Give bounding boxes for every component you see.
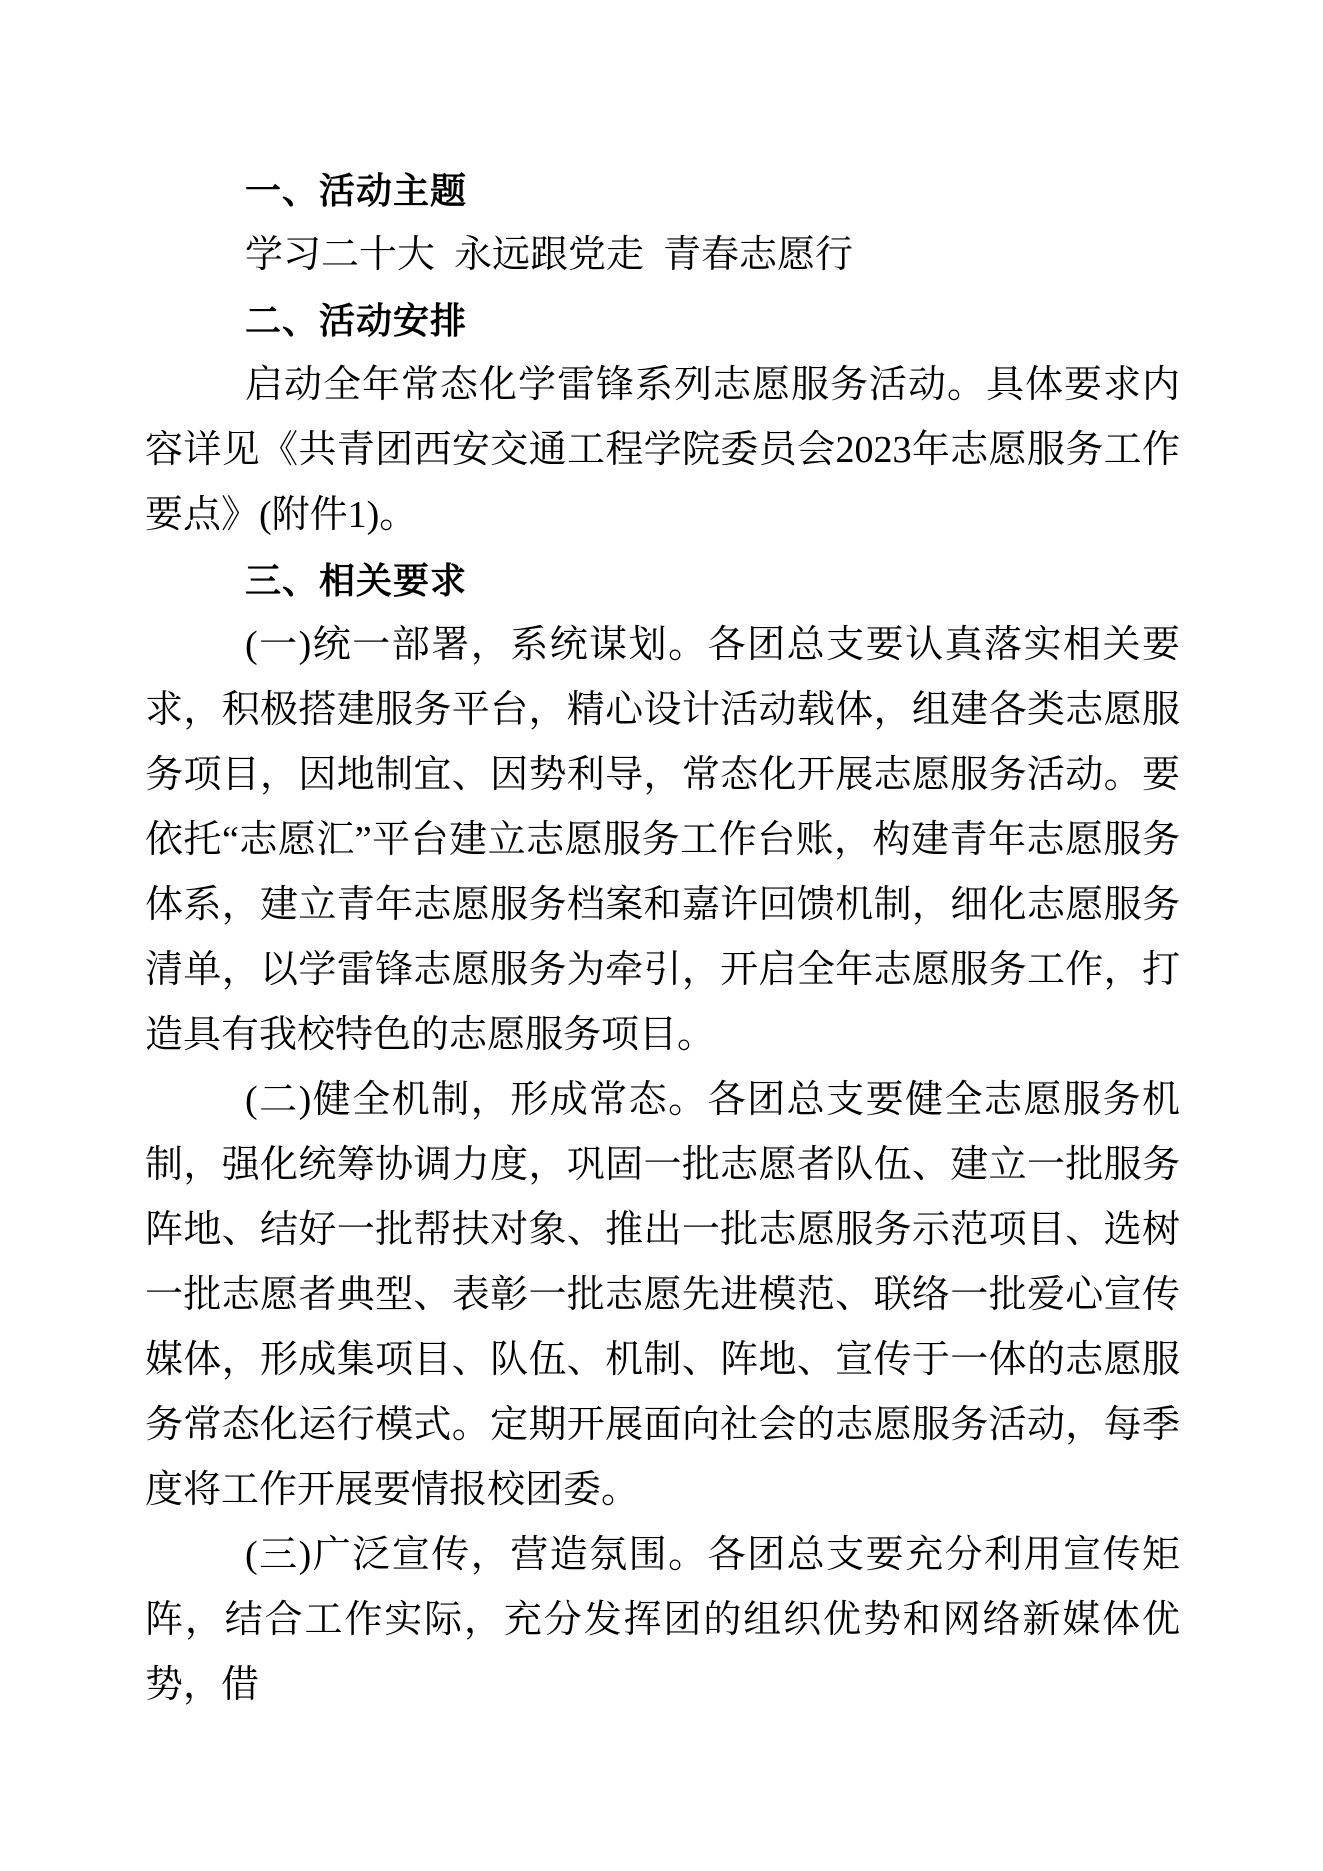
paragraph-requirement-2: (二)健全机制，形成常态。各团总支要健全志愿服务机制，强化统筹协调力度，巩固一批… (145, 1068, 1180, 1523)
activity-theme-text: 学习二十大 永远跟党走 青春志愿行 (145, 223, 1180, 288)
document-page: 一、活动主题 学习二十大 永远跟党走 青春志愿行 二、活动安排 启动全年常态化学… (0, 0, 1323, 1871)
heading-activity-theme: 一、活动主题 (145, 158, 1180, 223)
paragraph-activity-arrangement: 启动全年常态化学雷锋系列志愿服务活动。具体要求内容详见《共青团西安交通工程学院委… (145, 353, 1180, 548)
document-body: 一、活动主题 学习二十大 永远跟党走 青春志愿行 二、活动安排 启动全年常态化学… (145, 158, 1180, 1718)
heading-activity-arrangement: 二、活动安排 (145, 288, 1180, 353)
paragraph-requirement-3: (三)广泛宣传，营造氛围。各团总支要充分利用宣传矩阵，结合工作实际，充分发挥团的… (145, 1523, 1180, 1718)
paragraph-requirement-1: (一)统一部署，系统谋划。各团总支要认真落实相关要求，积极搭建服务平台，精心设计… (145, 613, 1180, 1068)
heading-related-requirements: 三、相关要求 (145, 548, 1180, 613)
